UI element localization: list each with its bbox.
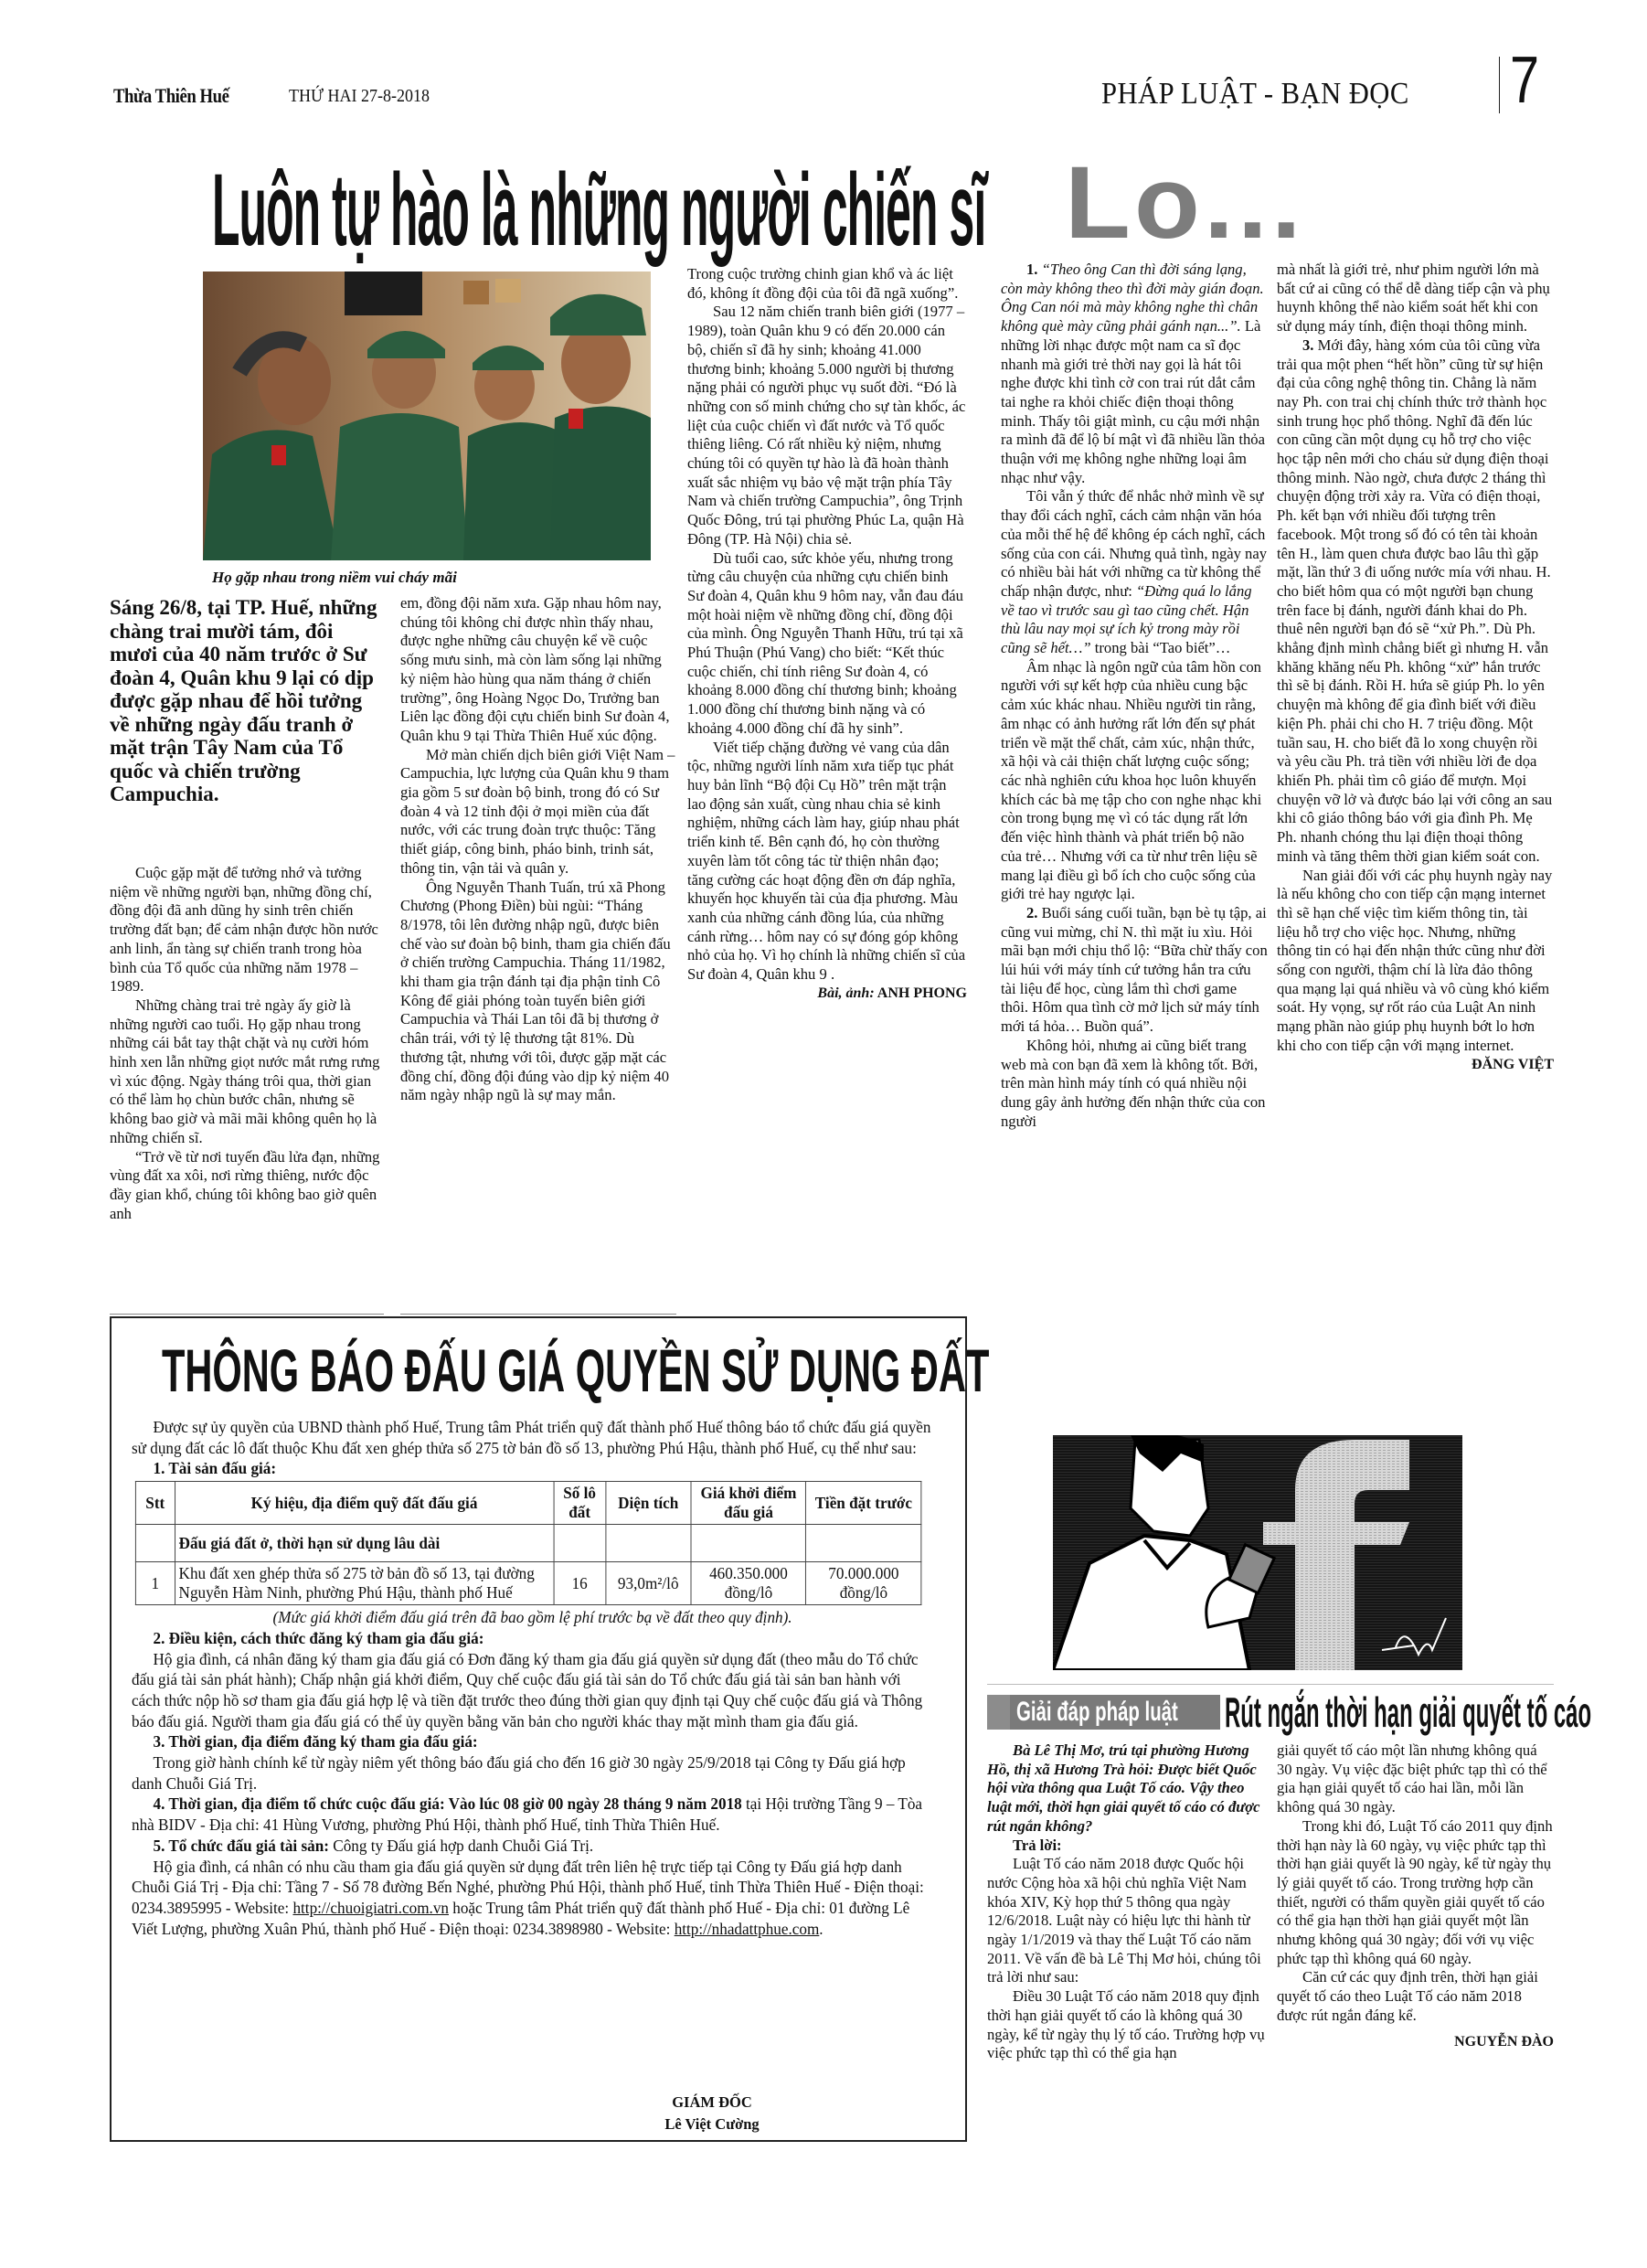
article1-column-3: Trong cuộc trường chinh gian khổ và ác l… <box>687 265 967 1003</box>
paragraph: Dù tuổi cao, sức khỏe yếu, nhưng trong t… <box>687 549 967 739</box>
notice-title: THÔNG BÁO ĐẤU GIÁ QUYỀN SỬ DỤNG ĐẤT <box>162 1338 989 1402</box>
page-divider <box>1499 57 1500 113</box>
section-heading: 1. Tài sản đấu giá: <box>132 1458 933 1479</box>
section-heading: 2. Điều kiện, cách thức đăng ký tham gia… <box>132 1628 933 1649</box>
section-text: Hộ gia đình, cá nhân đăng ký tham gia đấ… <box>132 1649 933 1732</box>
paragraph: Không hỏi, nhưng ai cũng biết trang web … <box>1001 1037 1268 1132</box>
article2-column-b: mà nhất là giới trẻ, như phim người lớn … <box>1277 261 1554 1074</box>
legal-column-a: Bà Lê Thị Mơ, trú tại phường Hương Hồ, t… <box>987 1741 1266 2063</box>
paragraph: Trong cuộc trường chinh gian khổ và ác l… <box>687 265 967 303</box>
section-4: 4. Thời gian, địa điểm tổ chức cuộc đấu … <box>132 1794 933 1835</box>
column-rule <box>110 1314 384 1315</box>
col-header: Số lô đất <box>554 1482 606 1525</box>
paragraph: Nan giải đối với các phụ huynh ngày nay … <box>1277 867 1554 1056</box>
paragraph: em, đồng đội năm xưa. Gặp nhau hôm nay, … <box>400 594 676 746</box>
table-row: 1 Khu đất xen ghép thửa số 275 tờ bản đồ… <box>135 1562 920 1605</box>
paragraph: 2. Buổi sáng cuối tuần, bạn bè tụ tập, a… <box>1001 904 1268 1037</box>
facebook-user-illustration-icon <box>1053 1435 1462 1670</box>
paragraph: 3. Mới đây, hàng xóm của tôi cũng vừa tr… <box>1277 336 1554 867</box>
article2-title: Lo... <box>1065 157 1305 249</box>
legal-question: Bà Lê Thị Mơ, trú tại phường Hương Hồ, t… <box>987 1741 1266 1837</box>
assets-table: Stt Ký hiệu, địa điểm quỹ đất đấu giá Số… <box>135 1481 921 1605</box>
paragraph: Viết tiếp chặng đường vẻ vang của dân tộ… <box>687 739 967 985</box>
article2-byline: ĐĂNG VIỆT <box>1277 1056 1554 1075</box>
column-rule <box>400 1314 676 1315</box>
notice-intro: Được sự ủy quyền của UBND thành phố Huế,… <box>132 1417 933 1458</box>
paragraph: 1. “Theo ông Can thì đời sáng lạng, còn … <box>1001 261 1268 487</box>
paragraph: “Trở về từ nơi tuyến đầu lửa đạn, những … <box>110 1148 384 1224</box>
section-text: Trong giờ hành chính kể từ ngày niêm yết… <box>132 1752 933 1794</box>
article1-photo <box>203 272 651 560</box>
publication-name: Thừa Thiên Huế <box>113 84 229 108</box>
notice-body: Được sự ủy quyền của UBND thành phố Huế,… <box>132 1417 933 1939</box>
paragraph: Căn cứ các quy định trên, thời hạn giải … <box>1277 1968 1554 2025</box>
col-header: Ký hiệu, địa điểm quỹ đất đấu giá <box>175 1482 554 1525</box>
article1-column-1: Cuộc gặp mặt để tưởng nhớ và tưởng niệm … <box>110 864 384 1223</box>
facebook-illustration <box>1053 1435 1462 1670</box>
section-rule <box>987 1684 1554 1685</box>
col-header: Diện tích <box>605 1482 691 1525</box>
website-link-chuoigiatri[interactable]: http://chuoigiatri.com.vn <box>292 1899 449 1917</box>
photo-caption: Họ gặp nhau trong niềm vui cháy mãi <box>212 569 457 587</box>
article1-lede: Sáng 26/8, tại TP. Huế, những chàng trai… <box>110 596 384 806</box>
legal-column-b: giải quyết tố cáo một lần nhưng không qu… <box>1277 1741 1554 2051</box>
paragraph: Tôi vẫn ý thức để nhắc nhở mình về sự th… <box>1001 487 1268 657</box>
paragraph: Sau 12 năm chiến tranh biên giới (1977 –… <box>687 303 967 548</box>
legal-qa-tag-label: Giải đáp pháp luật <box>1016 1697 1178 1728</box>
section-5: 5. Tổ chức đấu giá tài sản: Công ty Đấu … <box>132 1836 933 1857</box>
veterans-photo-icon <box>203 272 651 560</box>
paragraph: Ông Nguyễn Thanh Tuấn, trú xã Phong Chươ… <box>400 878 676 1105</box>
paragraph: Những chàng trai trẻ ngày ấy giờ là nhữn… <box>110 996 384 1148</box>
auction-notice: THÔNG BÁO ĐẤU GIÁ QUYỀN SỬ DỤNG ĐẤT Được… <box>110 1316 967 2142</box>
paragraph: Luật Tố cáo năm 2018 được Quốc hội nước … <box>987 1855 1266 1987</box>
article1-headline: Luôn tự hào là những người chiến sĩ <box>212 155 985 265</box>
signer-name: Lê Việt Cường <box>285 2115 1139 2134</box>
paragraph: Mở màn chiến dịch biên giới Việt Nam – C… <box>400 746 676 878</box>
contact-info: Hộ gia đình, cá nhân có nhu cầu tham gia… <box>132 1857 933 1940</box>
paragraph: Điều 30 Luật Tố cáo năm 2018 quy định th… <box>987 1987 1266 2063</box>
col-header: Tiền đặt trước <box>806 1482 921 1525</box>
website-link-nhadattphue[interactable]: http://nhadattphue.com <box>675 1920 820 1938</box>
table-group-row: Đấu giá đất ở, thời hạn sử dụng lâu dài <box>135 1525 920 1562</box>
col-header: Giá khởi điểm đấu giá <box>691 1482 806 1525</box>
paragraph: giải quyết tố cáo một lần nhưng không qu… <box>1277 1741 1554 1817</box>
issue-date: THỨ HAI 27-8-2018 <box>289 86 430 107</box>
legal-byline: NGUYỄN ĐÀO <box>1277 2033 1554 2052</box>
col-header: Stt <box>135 1482 175 1525</box>
paragraph: Âm nhạc là ngôn ngữ của tâm hồn con ngườ… <box>1001 658 1268 904</box>
table-note: (Mức giá khởi điểm đấu giá trên đã bao g… <box>132 1607 933 1628</box>
article1-column-2: em, đồng đội năm xưa. Gặp nhau hôm nay, … <box>400 594 676 1105</box>
signer-title: GIÁM ĐỐC <box>285 2093 1139 2112</box>
section-name: PHÁP LUẬT - BẠN ĐỌC <box>1101 77 1409 112</box>
section-heading: 3. Thời gian, địa điểm đăng ký tham gia … <box>132 1731 933 1752</box>
answer-label: Trả lời: <box>987 1837 1266 1856</box>
legal-qa-title: Rút ngắn thời hạn giải quyết tố cáo <box>1225 1688 1591 1737</box>
paragraph: Trong khi đó, Luật Tố cáo 2011 quy định … <box>1277 1817 1554 1969</box>
paragraph: Cuộc gặp mặt để tưởng nhớ và tưởng niệm … <box>110 864 384 996</box>
legal-qa-tag: Giải đáp pháp luật <box>987 1695 1220 1730</box>
article2-column-a: 1. “Theo ông Can thì đời sáng lạng, còn … <box>1001 261 1268 1131</box>
page-number: 7 <box>1510 48 1539 113</box>
paragraph: mà nhất là giới trẻ, như phim người lớn … <box>1277 261 1554 336</box>
article1-byline: Bài, ảnh: ANH PHONG <box>687 985 967 1004</box>
